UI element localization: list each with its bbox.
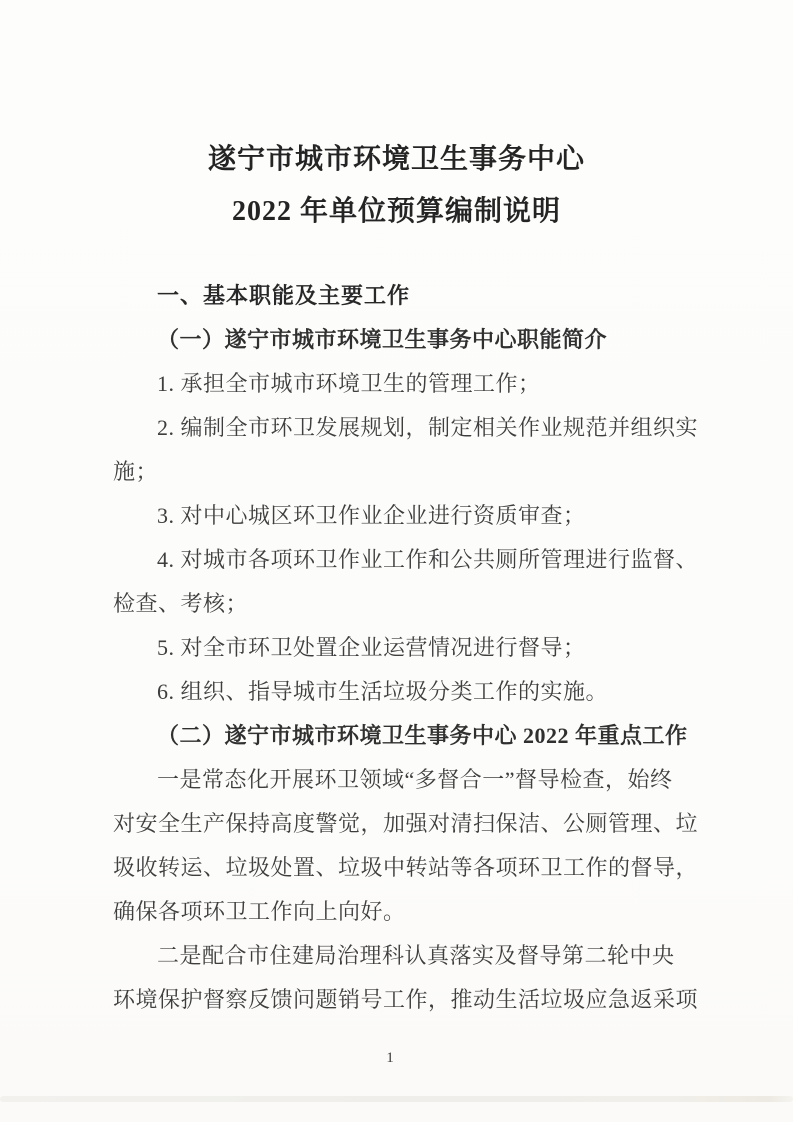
text-line: 6. 组织、指导城市生活垃圾分类工作的实施。: [113, 670, 691, 714]
text-line: 4. 对城市各项环卫作业工作和公共厕所管理进行监督、: [113, 538, 691, 582]
text-line: 施；: [113, 450, 691, 494]
document-body: 一、基本职能及主要工作 （一）遂宁市城市环境卫生事务中心职能简介 1. 承担全市…: [113, 274, 691, 1022]
text-line: 检查、考核；: [113, 582, 691, 626]
document-title-line-2: 2022 年单位预算编制说明: [109, 186, 684, 238]
text-line: 二是配合市住建局治理科认真落实及督导第二轮中央: [113, 934, 691, 978]
document-page: 遂宁市城市环境卫生事务中心 2022 年单位预算编制说明 一、基本职能及主要工作…: [0, 0, 793, 1122]
subsection-heading: （二）遂宁市城市环境卫生事务中心 2022 年重点工作: [113, 714, 691, 758]
section-heading: 一、基本职能及主要工作: [113, 274, 691, 318]
text-line: 对安全生产保持高度警觉，加强对清扫保洁、公厕管理、垃: [113, 802, 691, 846]
text-line: 环境保护督察反馈问题销号工作，推动生活垃圾应急返采项: [113, 978, 691, 1022]
text-line: 2. 编制全市环卫发展规划，制定相关作业规范并组织实: [113, 406, 691, 450]
document-title-line-1: 遂宁市城市环境卫生事务中心: [109, 134, 684, 186]
text-line: 一是常态化开展环卫领域“多督合一”督导检查，始终: [113, 758, 691, 802]
text-line: 5. 对全市环卫处置企业运营情况进行督导；: [113, 626, 691, 670]
text-line: 确保各项环卫工作向上向好。: [113, 890, 691, 934]
text-line: 3. 对中心城区环卫作业企业进行资质审查；: [113, 494, 691, 538]
page-number: 1: [0, 1047, 780, 1069]
text-line: 1. 承担全市城市环境卫生的管理工作；: [113, 362, 691, 406]
subsection-heading: （一）遂宁市城市环境卫生事务中心职能简介: [113, 318, 691, 362]
text-line: 圾收转运、垃圾处置、垃圾中转站等各项环卫工作的督导，: [113, 846, 691, 890]
document-title: 遂宁市城市环境卫生事务中心 2022 年单位预算编制说明: [109, 134, 684, 238]
scan-artifact-line: [0, 1096, 793, 1102]
